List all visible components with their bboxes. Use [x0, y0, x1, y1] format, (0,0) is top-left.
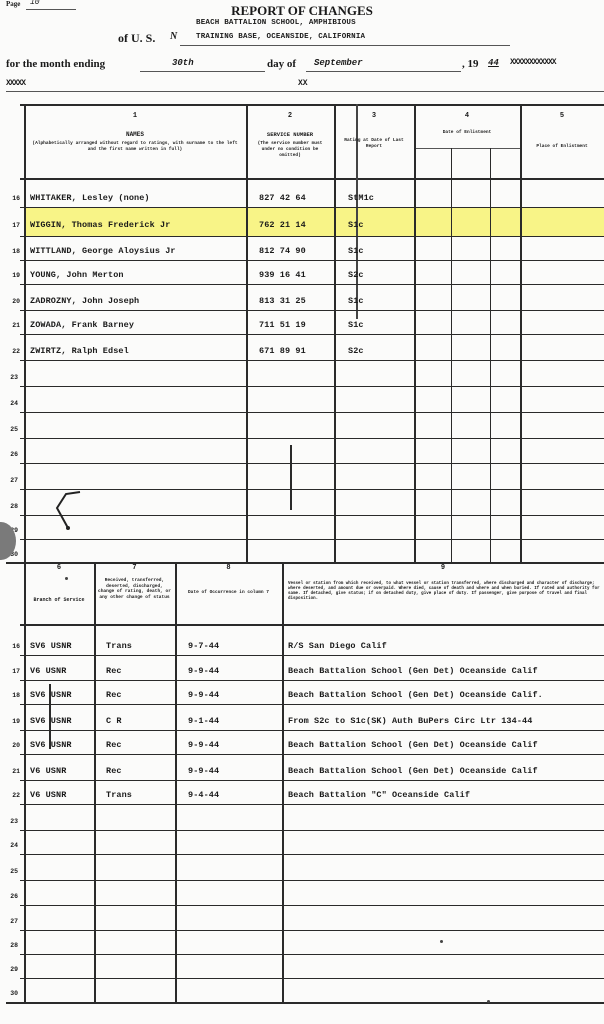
of-us-mark: N	[170, 31, 177, 42]
of-us-label: of U. S.	[118, 31, 155, 46]
date-cell: 9-9-44	[188, 740, 219, 750]
row-number: 28	[0, 942, 18, 949]
name-cell: WHITAKER, Lesley (none)	[30, 193, 150, 203]
upper-col4-sub-2	[490, 148, 491, 564]
row-line	[20, 489, 604, 490]
row-line	[20, 854, 604, 855]
col2-header: SERVICE NUMBER	[248, 132, 332, 138]
row-line	[20, 386, 604, 387]
row-line	[20, 880, 604, 881]
row-number: 22	[2, 348, 20, 355]
lower-col-border-1	[94, 562, 96, 1002]
year-prefix: , 19	[462, 58, 479, 70]
change-cell: Rec	[106, 666, 122, 676]
change-cell: Trans	[106, 790, 132, 800]
name-cell: ZWIRTZ, Ralph Edsel	[30, 346, 129, 356]
change-cell: Rec	[106, 690, 122, 700]
pen-stroke	[290, 445, 292, 510]
speck	[487, 1000, 490, 1003]
row-number: 19	[2, 718, 20, 725]
row-number: 18	[2, 248, 20, 255]
col8-header: Date of Occurrence in column 7	[185, 590, 272, 596]
row-line	[20, 655, 604, 656]
name-cell: WITTLAND, George Aloysius Jr	[30, 246, 176, 256]
row-number: 16	[2, 195, 20, 202]
col9-header: Vessel or station from which received, t…	[288, 582, 604, 602]
pen-stroke	[49, 684, 51, 749]
row-number: 25	[0, 868, 18, 875]
branch-cell: SV6 USNR	[30, 690, 72, 700]
name-cell: ZOWADA, Frank Barney	[30, 320, 134, 330]
speck	[440, 940, 443, 943]
upper-col4-sub-1	[451, 148, 452, 564]
col9-number: 9	[282, 564, 604, 572]
rating-cell: S1c	[348, 246, 364, 256]
col7-header: Received, transferred, deserted, dischar…	[98, 578, 171, 600]
row-number: 29	[0, 966, 18, 973]
change-cell: Rec	[106, 740, 122, 750]
branch-cell: SV6 USNR	[30, 641, 72, 651]
row-number: 20	[2, 298, 20, 305]
handwritten-mark	[50, 488, 85, 533]
row-number: 22	[2, 792, 20, 799]
service-number-cell: 812 74 90	[259, 246, 306, 256]
date-cell: 9-9-44	[188, 666, 219, 676]
lower-table-bottom-border	[6, 1002, 604, 1004]
rating-cell: StM1c	[348, 193, 374, 203]
remarks-cell: Beach Battalion School (Gen Det) Oceansi…	[288, 666, 538, 676]
row-line	[20, 905, 604, 906]
row-line	[20, 236, 604, 237]
row-line	[20, 780, 604, 781]
struck-text-2: XXXXX	[6, 79, 25, 88]
day-underline	[306, 71, 461, 72]
year-value: 44	[488, 58, 499, 68]
row-number: 25	[0, 426, 18, 433]
row-number: 16	[2, 643, 20, 650]
row-number: 17	[2, 668, 20, 675]
col5-number: 5	[520, 112, 604, 120]
service-number-cell: 671 89 91	[259, 346, 306, 356]
row-number: 21	[2, 322, 20, 329]
branch-cell: V6 USNR	[30, 766, 66, 776]
center-fold-line	[356, 104, 358, 319]
col4-header: Date of Enlistment	[414, 130, 520, 136]
branch-cell: SV6 USNR	[30, 740, 72, 750]
change-cell: Trans	[106, 641, 132, 651]
row-line	[20, 704, 604, 705]
row-number: 20	[2, 742, 20, 749]
upper-table-top-border	[20, 104, 604, 106]
unit-underline	[180, 45, 510, 46]
month-ending-value: 30th	[172, 58, 194, 68]
service-number-cell: 813 31 25	[259, 296, 306, 306]
remarks-cell: Beach Battalion School (Gen Det) Oceansi…	[288, 766, 538, 776]
row-line	[20, 804, 604, 805]
speck	[65, 577, 68, 580]
rating-cell: S2c	[348, 270, 364, 280]
unit-line-2: TRAINING BASE, OCEANSIDE, CALIFORNIA	[196, 33, 365, 41]
rating-cell: S1c	[348, 220, 364, 230]
service-number-cell: 827 42 64	[259, 193, 306, 203]
lower-col-border-3	[282, 562, 284, 1002]
row-number: 17	[2, 222, 20, 229]
day-of-label: day of	[267, 58, 296, 70]
row-line	[20, 730, 604, 731]
month-underline	[140, 71, 265, 72]
col4-number: 4	[414, 112, 520, 120]
unit-line-1: BEACH BATTALION SCHOOL, AMPHIBIOUS	[196, 19, 356, 27]
name-cell: YOUNG, John Merton	[30, 270, 124, 280]
col8-number: 8	[175, 564, 282, 572]
col1-header: NAMES	[24, 132, 246, 138]
service-number-cell: 762 21 14	[259, 220, 306, 230]
name-cell: ZADROZNY, John Joseph	[30, 296, 139, 306]
day-of-value: September	[314, 58, 363, 68]
row-number: 24	[0, 842, 18, 849]
row-number: 27	[0, 477, 18, 484]
lower-col-border-left	[24, 562, 26, 1002]
lower-header-bottom-border	[20, 624, 604, 626]
struck-text: XXXXXXXXXXXX	[510, 58, 604, 67]
rating-cell: S2c	[348, 346, 364, 356]
row-line	[20, 754, 604, 755]
row-line	[20, 260, 604, 261]
col5-header: Place of Enlistment	[520, 144, 604, 150]
row-line	[20, 463, 604, 464]
col4-subheader-line	[415, 148, 520, 149]
date-cell: 9-9-44	[188, 766, 219, 776]
row-line	[20, 438, 604, 439]
row-line	[20, 284, 604, 285]
row-number: 27	[0, 918, 18, 925]
remarks-cell: Beach Battalion School (Gen Det) Oceansi…	[288, 740, 538, 750]
col1-subheader: (Alphabetically arranged without regard …	[30, 141, 240, 153]
row-line	[20, 954, 604, 955]
row-number: 18	[2, 692, 20, 699]
remarks-cell: Beach Battalion School (Gen Det) Oceansi…	[288, 690, 543, 700]
service-number-cell: 939 16 41	[259, 270, 306, 280]
date-cell: 9-4-44	[188, 790, 219, 800]
col6-header: Branch of Service	[26, 597, 92, 603]
row-line	[20, 539, 604, 540]
remarks-cell: R/S San Diego Calif	[288, 641, 387, 651]
row-line	[20, 515, 604, 516]
row-line	[20, 978, 604, 979]
lower-col-border-2	[175, 562, 177, 1002]
branch-cell: V6 USNR	[30, 790, 66, 800]
row-line	[20, 830, 604, 831]
col1-number: 1	[24, 112, 246, 120]
upper-header-bottom-border	[20, 178, 604, 180]
row-line	[20, 360, 604, 361]
service-number-cell: 711 51 19	[259, 320, 306, 330]
date-cell: 9-7-44	[188, 641, 219, 651]
row-number: 21	[2, 768, 20, 775]
document-title: REPORT OF CHANGES	[0, 3, 604, 19]
date-cell: 9-1-44	[188, 716, 219, 726]
branch-cell: SV6 USNR	[30, 716, 72, 726]
remarks-cell: Beach Battalion "C" Oceanside Calif	[288, 790, 470, 800]
col3-number: 3	[334, 112, 414, 120]
branch-cell: V6 USNR	[30, 666, 66, 676]
month-ending-label: for the month ending	[6, 58, 105, 70]
row-line	[20, 334, 604, 335]
col2-subheader: (The service number must under no condit…	[252, 141, 328, 159]
row-line	[20, 207, 604, 208]
rating-cell: S1c	[348, 320, 364, 330]
rating-cell: S1c	[348, 296, 364, 306]
row-number: 23	[0, 374, 18, 381]
row-line	[20, 412, 604, 413]
col2-number: 2	[246, 112, 334, 120]
change-cell: C R	[106, 716, 122, 726]
line-underline-1	[6, 91, 296, 92]
date-cell: 9-9-44	[188, 690, 219, 700]
name-cell: WIGGIN, Thomas Frederick Jr	[30, 220, 170, 230]
struck-mark: XX	[298, 79, 308, 88]
col6-number: 6	[24, 564, 94, 572]
row-line	[20, 930, 604, 931]
row-number: 28	[0, 503, 18, 510]
col7-number: 7	[94, 564, 175, 572]
row-number: 26	[0, 451, 18, 458]
row-number: 23	[0, 818, 18, 825]
row-number: 19	[2, 272, 20, 279]
row-number: 30	[0, 990, 18, 997]
row-number: 24	[0, 400, 18, 407]
change-cell: Rec	[106, 766, 122, 776]
row-number: 26	[0, 893, 18, 900]
row-line	[20, 680, 604, 681]
col3-header: Rating at Date of Last Report	[340, 138, 408, 150]
remarks-cell: From S2c to S1c(SK) Auth BuPers Circ Ltr…	[288, 716, 532, 726]
row-line	[20, 310, 604, 311]
line-underline-2	[296, 91, 604, 92]
